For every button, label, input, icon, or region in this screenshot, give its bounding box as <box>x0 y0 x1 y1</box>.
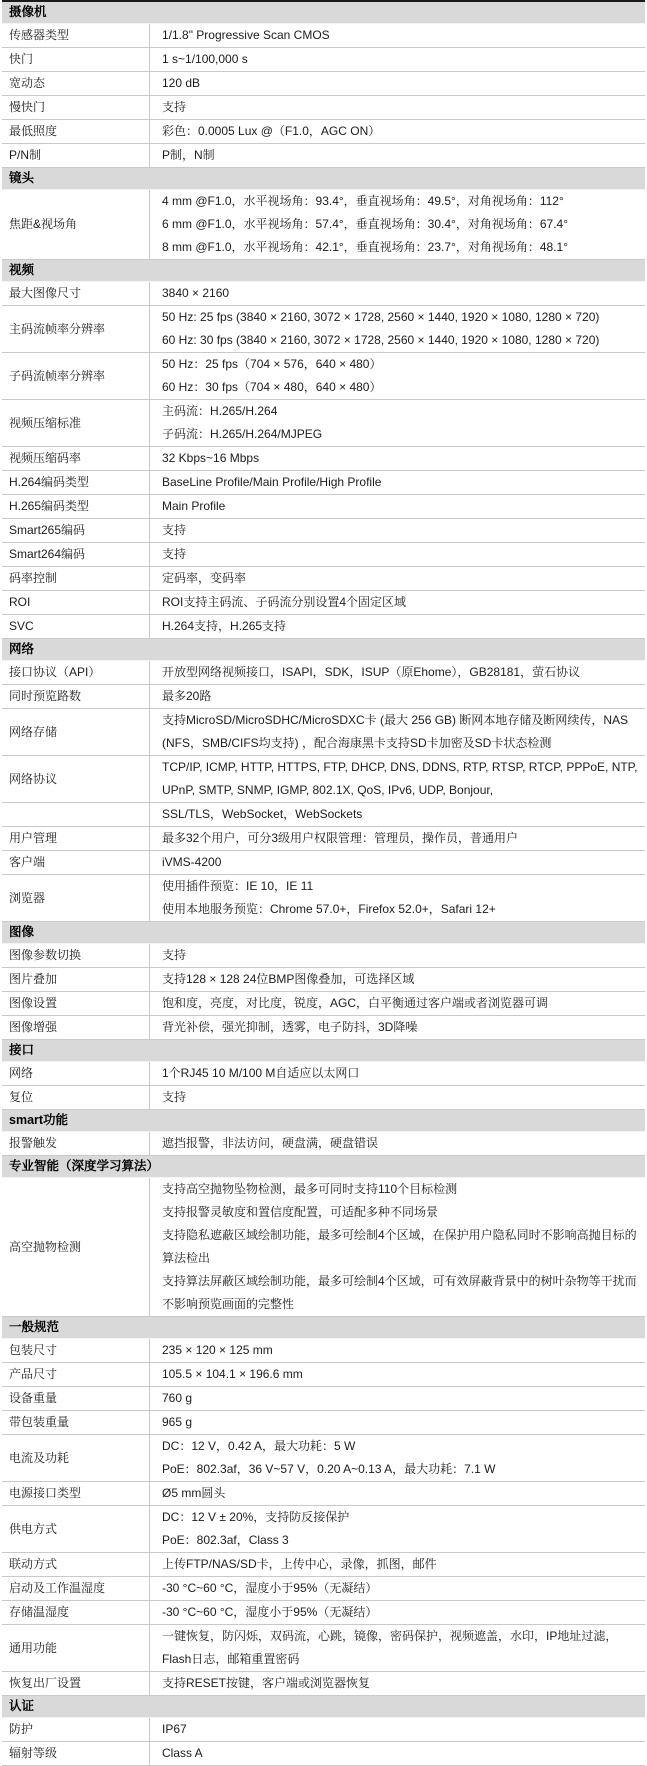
value-line: 760 g <box>162 1387 639 1410</box>
spec-label: 存储温湿度 <box>2 1601 150 1624</box>
value-line: 1/1.8" Progressive Scan CMOS <box>162 24 639 47</box>
value-line: ROI支持主码流、子码流分别设置4个固定区域 <box>162 591 639 614</box>
spec-label: SVC <box>2 615 150 638</box>
section-header: 镜头 <box>2 168 645 190</box>
value-line: 使用本地服务预览：Chrome 57.0+，Firefox 52.0+，Safa… <box>162 898 639 921</box>
spec-value: 965 g <box>150 1411 645 1434</box>
value-line: P制，N制 <box>162 144 639 167</box>
value-line: 1 s~1/100,000 s <box>162 48 639 71</box>
spec-value: 支持 <box>150 1086 645 1109</box>
spec-label: Smart264编码 <box>2 543 150 566</box>
spec-row: 报警触发遮挡报警，非法访问，硬盘满，硬盘错误 <box>2 1132 645 1156</box>
spec-value: DC：12 V ± 20%，支持防反接保护PoE：802.3af，Class 3 <box>150 1506 645 1552</box>
spec-row: 辐射等级Class A <box>2 1742 645 1766</box>
value-line: 支持 <box>162 944 639 967</box>
value-line: 最多32个用户，可分3级用户权限管理：管理员，操作员，普通用户 <box>162 827 639 850</box>
value-line: Ø5 mm圆头 <box>162 1482 639 1505</box>
spec-row: SSL/TLS，WebSocket，WebSockets <box>2 803 645 827</box>
value-line: 子码流：H.265/H.264/MJPEG <box>162 423 639 446</box>
value-line: 背光补偿，强光抑制，透雾，电子防抖，3D降噪 <box>162 1016 639 1039</box>
spec-row: 带包装重量965 g <box>2 1411 645 1435</box>
value-line: 遮挡报警，非法访问，硬盘满，硬盘错误 <box>162 1132 639 1155</box>
spec-label: 联动方式 <box>2 1553 150 1576</box>
spec-value: 支持128 × 128 24位BMP图像叠加，可选择区域 <box>150 968 645 991</box>
camera-spec-table: 摄像机传感器类型1/1.8" Progressive Scan CMOS快门1 … <box>2 0 645 1766</box>
spec-row: 设备重量760 g <box>2 1387 645 1411</box>
section-header: 网络 <box>2 639 645 661</box>
spec-value: 背光补偿，强光抑制，透雾，电子防抖，3D降噪 <box>150 1016 645 1039</box>
spec-row: 电流及功耗DC：12 V，0.42 A，最大功耗：5 WPoE：802.3af，… <box>2 1435 645 1482</box>
spec-label: 慢快门 <box>2 96 150 119</box>
spec-row: 最低照度彩色：0.0005 Lux @（F1.0，AGC ON） <box>2 120 645 144</box>
spec-value: 3840 × 2160 <box>150 282 645 305</box>
spec-value: 最多32个用户，可分3级用户权限管理：管理员，操作员，普通用户 <box>150 827 645 850</box>
spec-row: 接口协议（API）开放型网络视频接口，ISAPI，SDK，ISUP（原Ehome… <box>2 661 645 685</box>
spec-label: 辐射等级 <box>2 1742 150 1765</box>
spec-label: 最低照度 <box>2 120 150 143</box>
spec-row: 快门1 s~1/100,000 s <box>2 48 645 72</box>
spec-row: 启动及工作温湿度-30 °C~60 °C，湿度小于95%（无凝结） <box>2 1577 645 1601</box>
value-line: 105.5 × 104.1 × 196.6 mm <box>162 1363 639 1386</box>
spec-label: 最大图像尺寸 <box>2 282 150 305</box>
spec-value: 支持高空抛物坠物检测，最多可同时支持110个目标检测支持报警灵敏度和置信度配置，… <box>150 1178 645 1316</box>
value-line: H.264支持，H.265支持 <box>162 615 639 638</box>
spec-row: H.265编码类型Main Profile <box>2 495 645 519</box>
spec-value: Class A <box>150 1742 645 1765</box>
spec-value: Main Profile <box>150 495 645 518</box>
spec-value: 50 Hz：25 fps（704 × 576，640 × 480）60 Hz：3… <box>150 353 645 399</box>
spec-label: 码率控制 <box>2 567 150 590</box>
value-line: 6 mm @F1.0，水平视场角：57.4°，垂直视场角：30.4°，对角视场角… <box>162 213 639 236</box>
value-line: 定码率，变码率 <box>162 567 639 590</box>
spec-value: 定码率，变码率 <box>150 567 645 590</box>
spec-value: 1 s~1/100,000 s <box>150 48 645 71</box>
spec-value: 105.5 × 104.1 × 196.6 mm <box>150 1363 645 1386</box>
value-line: 32 Kbps~16 Mbps <box>162 447 639 470</box>
spec-label: 电源接口类型 <box>2 1482 150 1505</box>
spec-value: H.264支持，H.265支持 <box>150 615 645 638</box>
spec-value: 支持 <box>150 519 645 542</box>
spec-value: SSL/TLS，WebSocket，WebSockets <box>150 803 645 826</box>
spec-row: 包装尺寸235 × 120 × 125 mm <box>2 1339 645 1363</box>
spec-row: 网络存储支持MicroSD/MicroSDHC/MicroSDXC卡 (最大 2… <box>2 709 645 756</box>
value-line: DC：12 V，0.42 A，最大功耗：5 W <box>162 1435 639 1458</box>
spec-label: ROI <box>2 591 150 614</box>
value-line: 饱和度，亮度，对比度，锐度，AGC，白平衡通过客户端或者浏览器可调 <box>162 992 639 1015</box>
value-line: Class A <box>162 1742 639 1765</box>
section-header: 接口 <box>2 1040 645 1062</box>
spec-row: 高空抛物检测支持高空抛物坠物检测，最多可同时支持110个目标检测支持报警灵敏度和… <box>2 1178 645 1317</box>
value-line: PoE：802.3af，Class 3 <box>162 1529 639 1552</box>
spec-label: 宽动态 <box>2 72 150 95</box>
spec-value: 760 g <box>150 1387 645 1410</box>
spec-row: 用户管理最多32个用户，可分3级用户权限管理：管理员，操作员，普通用户 <box>2 827 645 851</box>
spec-value: 一键恢复，防闪烁，双码流，心跳，镜像，密码保护，视频遮盖，水印，IP地址过滤，F… <box>150 1625 645 1671</box>
spec-label: 视频压缩标准 <box>2 400 150 446</box>
spec-row: 客户端iVMS-4200 <box>2 851 645 875</box>
spec-value: 开放型网络视频接口，ISAPI，SDK，ISUP（原Ehome），GB28181… <box>150 661 645 684</box>
value-line: 支持隐私遮蔽区域绘制功能，最多可绘制4个区域，在保护用户隐私同时不影响高抛目标的… <box>162 1224 639 1270</box>
spec-value: 1个RJ45 10 M/100 M自适应以太网口 <box>150 1062 645 1085</box>
value-line: 支持高空抛物坠物检测，最多可同时支持110个目标检测 <box>162 1178 639 1201</box>
spec-label: 快门 <box>2 48 150 71</box>
value-line: 支持 <box>162 519 639 542</box>
spec-label: Smart265编码 <box>2 519 150 542</box>
spec-value: 4 mm @F1.0，水平视场角：93.4°，垂直视场角：49.5°，对角视场角… <box>150 190 645 259</box>
spec-label: 网络协议 <box>2 756 150 802</box>
value-line: 支持 <box>162 543 639 566</box>
spec-row: 传感器类型1/1.8" Progressive Scan CMOS <box>2 24 645 48</box>
value-line: iVMS-4200 <box>162 851 639 874</box>
spec-row: 图像参数切换支持 <box>2 944 645 968</box>
spec-value: 最多20路 <box>150 685 645 708</box>
value-line: 一键恢复，防闪烁，双码流，心跳，镜像，密码保护，视频遮盖，水印，IP地址过滤，F… <box>162 1625 639 1671</box>
value-line: 使用插件预览：IE 10，IE 11 <box>162 875 639 898</box>
spec-value: 1/1.8" Progressive Scan CMOS <box>150 24 645 47</box>
spec-label: 客户端 <box>2 851 150 874</box>
spec-value: 主码流：H.265/H.264子码流：H.265/H.264/MJPEG <box>150 400 645 446</box>
spec-row: H.264编码类型BaseLine Profile/Main Profile/H… <box>2 471 645 495</box>
spec-row: 焦距&视场角4 mm @F1.0，水平视场角：93.4°，垂直视场角：49.5°… <box>2 190 645 260</box>
spec-label: 图像增强 <box>2 1016 150 1039</box>
spec-value: 32 Kbps~16 Mbps <box>150 447 645 470</box>
spec-row: 浏览器使用插件预览：IE 10，IE 11使用本地服务预览：Chrome 57.… <box>2 875 645 922</box>
spec-label: 浏览器 <box>2 875 150 921</box>
value-line: 50 Hz: 25 fps (3840 × 2160, 3072 × 1728,… <box>162 306 639 329</box>
spec-label: 恢复出厂设置 <box>2 1672 150 1695</box>
spec-value: DC：12 V，0.42 A，最大功耗：5 WPoE：802.3af，36 V~… <box>150 1435 645 1481</box>
value-line: -30 °C~60 °C，湿度小于95%（无凝结） <box>162 1577 639 1600</box>
section-header: 图像 <box>2 922 645 944</box>
spec-row: 恢复出厂设置支持RESET按键，客户端或浏览器恢复 <box>2 1672 645 1696</box>
spec-row: SVCH.264支持，H.265支持 <box>2 615 645 639</box>
value-line: 120 dB <box>162 72 639 95</box>
value-line: 60 Hz: 30 fps (3840 × 2160, 3072 × 1728,… <box>162 329 639 352</box>
value-line: 支持 <box>162 1086 639 1109</box>
spec-value: -30 °C~60 °C，湿度小于95%（无凝结） <box>150 1601 645 1624</box>
spec-label: 用户管理 <box>2 827 150 850</box>
spec-value: 支持RESET按键，客户端或浏览器恢复 <box>150 1672 645 1695</box>
spec-row: 通用功能一键恢复，防闪烁，双码流，心跳，镜像，密码保护，视频遮盖，水印，IP地址… <box>2 1625 645 1672</box>
spec-label: 同时预览路数 <box>2 685 150 708</box>
value-line: 支持 <box>162 96 639 119</box>
spec-value: 遮挡报警，非法访问，硬盘满，硬盘错误 <box>150 1132 645 1155</box>
value-line: 3840 × 2160 <box>162 282 639 305</box>
value-line: 最多20路 <box>162 685 639 708</box>
spec-label: 主码流帧率分辨率 <box>2 306 150 352</box>
spec-row: Smart265编码支持 <box>2 519 645 543</box>
spec-label: 图片叠加 <box>2 968 150 991</box>
value-line: 上传FTP/NAS/SD卡，上传中心，录像，抓图，邮件 <box>162 1553 639 1576</box>
value-line: BaseLine Profile/Main Profile/High Profi… <box>162 471 639 494</box>
value-line: IP67 <box>162 1718 639 1741</box>
spec-label: 图像参数切换 <box>2 944 150 967</box>
spec-value: 彩色：0.0005 Lux @（F1.0，AGC ON） <box>150 120 645 143</box>
spec-row: 图片叠加支持128 × 128 24位BMP图像叠加，可选择区域 <box>2 968 645 992</box>
spec-row: 慢快门支持 <box>2 96 645 120</box>
spec-row: 同时预览路数最多20路 <box>2 685 645 709</box>
spec-row: 主码流帧率分辨率50 Hz: 25 fps (3840 × 2160, 3072… <box>2 306 645 353</box>
spec-row: ROIROI支持主码流、子码流分别设置4个固定区域 <box>2 591 645 615</box>
spec-value: 支持 <box>150 543 645 566</box>
spec-label: 传感器类型 <box>2 24 150 47</box>
section-header: smart功能 <box>2 1110 645 1132</box>
spec-value: ROI支持主码流、子码流分别设置4个固定区域 <box>150 591 645 614</box>
spec-row: 复位支持 <box>2 1086 645 1110</box>
spec-value: 支持 <box>150 96 645 119</box>
value-line: Main Profile <box>162 495 639 518</box>
spec-label: P/N制 <box>2 144 150 167</box>
spec-label: 防护 <box>2 1718 150 1741</box>
spec-row: Smart264编码支持 <box>2 543 645 567</box>
spec-value: -30 °C~60 °C，湿度小于95%（无凝结） <box>150 1577 645 1600</box>
spec-value: 上传FTP/NAS/SD卡，上传中心，录像，抓图，邮件 <box>150 1553 645 1576</box>
spec-row: 防护IP67 <box>2 1718 645 1742</box>
section-header: 专业智能（深度学习算法） <box>2 1156 645 1178</box>
spec-label: 视频压缩码率 <box>2 447 150 470</box>
section-header: 视频 <box>2 260 645 282</box>
value-line: 开放型网络视频接口，ISAPI，SDK，ISUP（原Ehome），GB28181… <box>162 661 639 684</box>
spec-label: 设备重量 <box>2 1387 150 1410</box>
value-line: 支持128 × 128 24位BMP图像叠加，可选择区域 <box>162 968 639 991</box>
value-line: PoE：802.3af，36 V~57 V，0.20 A~0.13 A，最大功耗… <box>162 1458 639 1481</box>
spec-label: 电流及功耗 <box>2 1435 150 1481</box>
value-line: 8 mm @F1.0，水平视场角：42.1°，垂直视场角：23.7°，对角视场角… <box>162 236 639 259</box>
section-header: 认证 <box>2 1696 645 1718</box>
spec-value: TCP/IP, ICMP, HTTP, HTTPS, FTP, DHCP, DN… <box>150 756 645 802</box>
spec-label: 带包装重量 <box>2 1411 150 1434</box>
value-line: 支持RESET按键，客户端或浏览器恢复 <box>162 1672 639 1695</box>
spec-row: 产品尺寸105.5 × 104.1 × 196.6 mm <box>2 1363 645 1387</box>
spec-label: 高空抛物检测 <box>2 1178 150 1316</box>
value-line: 4 mm @F1.0，水平视场角：93.4°，垂直视场角：49.5°，对角视场角… <box>162 190 639 213</box>
spec-label: 焦距&视场角 <box>2 190 150 259</box>
spec-row: P/N制P制，N制 <box>2 144 645 168</box>
spec-value: 使用插件预览：IE 10，IE 11使用本地服务预览：Chrome 57.0+，… <box>150 875 645 921</box>
spec-row: 存储温湿度-30 °C~60 °C，湿度小于95%（无凝结） <box>2 1601 645 1625</box>
section-header: 摄像机 <box>2 2 645 24</box>
spec-value: IP67 <box>150 1718 645 1741</box>
spec-label: H.264编码类型 <box>2 471 150 494</box>
value-line: 965 g <box>162 1411 639 1434</box>
spec-value: 120 dB <box>150 72 645 95</box>
spec-row: 电源接口类型Ø5 mm圆头 <box>2 1482 645 1506</box>
spec-row: 视频压缩标准主码流：H.265/H.264子码流：H.265/H.264/MJP… <box>2 400 645 447</box>
value-line: 彩色：0.0005 Lux @（F1.0，AGC ON） <box>162 120 639 143</box>
spec-row: 图像设置饱和度，亮度，对比度，锐度，AGC，白平衡通过客户端或者浏览器可调 <box>2 992 645 1016</box>
spec-value: P制，N制 <box>150 144 645 167</box>
value-line: 支持MicroSD/MicroSDHC/MicroSDXC卡 (最大 256 G… <box>162 709 639 755</box>
spec-value: iVMS-4200 <box>150 851 645 874</box>
spec-label: 包装尺寸 <box>2 1339 150 1362</box>
spec-label: 图像设置 <box>2 992 150 1015</box>
spec-label: 产品尺寸 <box>2 1363 150 1386</box>
spec-row: 最大图像尺寸3840 × 2160 <box>2 282 645 306</box>
spec-value: 50 Hz: 25 fps (3840 × 2160, 3072 × 1728,… <box>150 306 645 352</box>
spec-label: 网络 <box>2 1062 150 1085</box>
spec-label: 报警触发 <box>2 1132 150 1155</box>
value-line: 主码流：H.265/H.264 <box>162 400 639 423</box>
spec-row: 网络协议TCP/IP, ICMP, HTTP, HTTPS, FTP, DHCP… <box>2 756 645 803</box>
spec-row: 网络1个RJ45 10 M/100 M自适应以太网口 <box>2 1062 645 1086</box>
spec-label: 网络存储 <box>2 709 150 755</box>
spec-value: BaseLine Profile/Main Profile/High Profi… <box>150 471 645 494</box>
spec-row: 图像增强背光补偿，强光抑制，透雾，电子防抖，3D降噪 <box>2 1016 645 1040</box>
spec-row: 供电方式DC：12 V ± 20%，支持防反接保护PoE：802.3af，Cla… <box>2 1506 645 1553</box>
spec-label: 复位 <box>2 1086 150 1109</box>
spec-label: 接口协议（API） <box>2 661 150 684</box>
spec-value: Ø5 mm圆头 <box>150 1482 645 1505</box>
spec-value: 支持 <box>150 944 645 967</box>
value-line: 60 Hz：30 fps（704 × 480，640 × 480） <box>162 376 639 399</box>
section-header: 一般规范 <box>2 1317 645 1339</box>
value-line: -30 °C~60 °C，湿度小于95%（无凝结） <box>162 1601 639 1624</box>
spec-label: 子码流帧率分辨率 <box>2 353 150 399</box>
value-line: SSL/TLS，WebSocket，WebSockets <box>162 803 639 826</box>
spec-label: 供电方式 <box>2 1506 150 1552</box>
spec-row: 子码流帧率分辨率50 Hz：25 fps（704 × 576，640 × 480… <box>2 353 645 400</box>
value-line: 支持算法屏蔽区域绘制功能，最多可绘制4个区域，可有效屏蔽背景中的树叶杂物等干扰而… <box>162 1270 639 1316</box>
spec-value: 235 × 120 × 125 mm <box>150 1339 645 1362</box>
value-line: TCP/IP, ICMP, HTTP, HTTPS, FTP, DHCP, DN… <box>162 756 639 802</box>
spec-row: 码率控制定码率，变码率 <box>2 567 645 591</box>
spec-row: 视频压缩码率32 Kbps~16 Mbps <box>2 447 645 471</box>
spec-row: 宽动态120 dB <box>2 72 645 96</box>
spec-label: 通用功能 <box>2 1625 150 1671</box>
value-line: DC：12 V ± 20%，支持防反接保护 <box>162 1506 639 1529</box>
spec-label <box>2 803 150 826</box>
spec-label: H.265编码类型 <box>2 495 150 518</box>
value-line: 50 Hz：25 fps（704 × 576，640 × 480） <box>162 353 639 376</box>
value-line: 1个RJ45 10 M/100 M自适应以太网口 <box>162 1062 639 1085</box>
spec-value: 支持MicroSD/MicroSDHC/MicroSDXC卡 (最大 256 G… <box>150 709 645 755</box>
value-line: 支持报警灵敏度和置信度配置，可适配多种不同场景 <box>162 1201 639 1224</box>
spec-label: 启动及工作温湿度 <box>2 1577 150 1600</box>
spec-value: 饱和度，亮度，对比度，锐度，AGC，白平衡通过客户端或者浏览器可调 <box>150 992 645 1015</box>
spec-row: 联动方式上传FTP/NAS/SD卡，上传中心，录像，抓图，邮件 <box>2 1553 645 1577</box>
value-line: 235 × 120 × 125 mm <box>162 1339 639 1362</box>
